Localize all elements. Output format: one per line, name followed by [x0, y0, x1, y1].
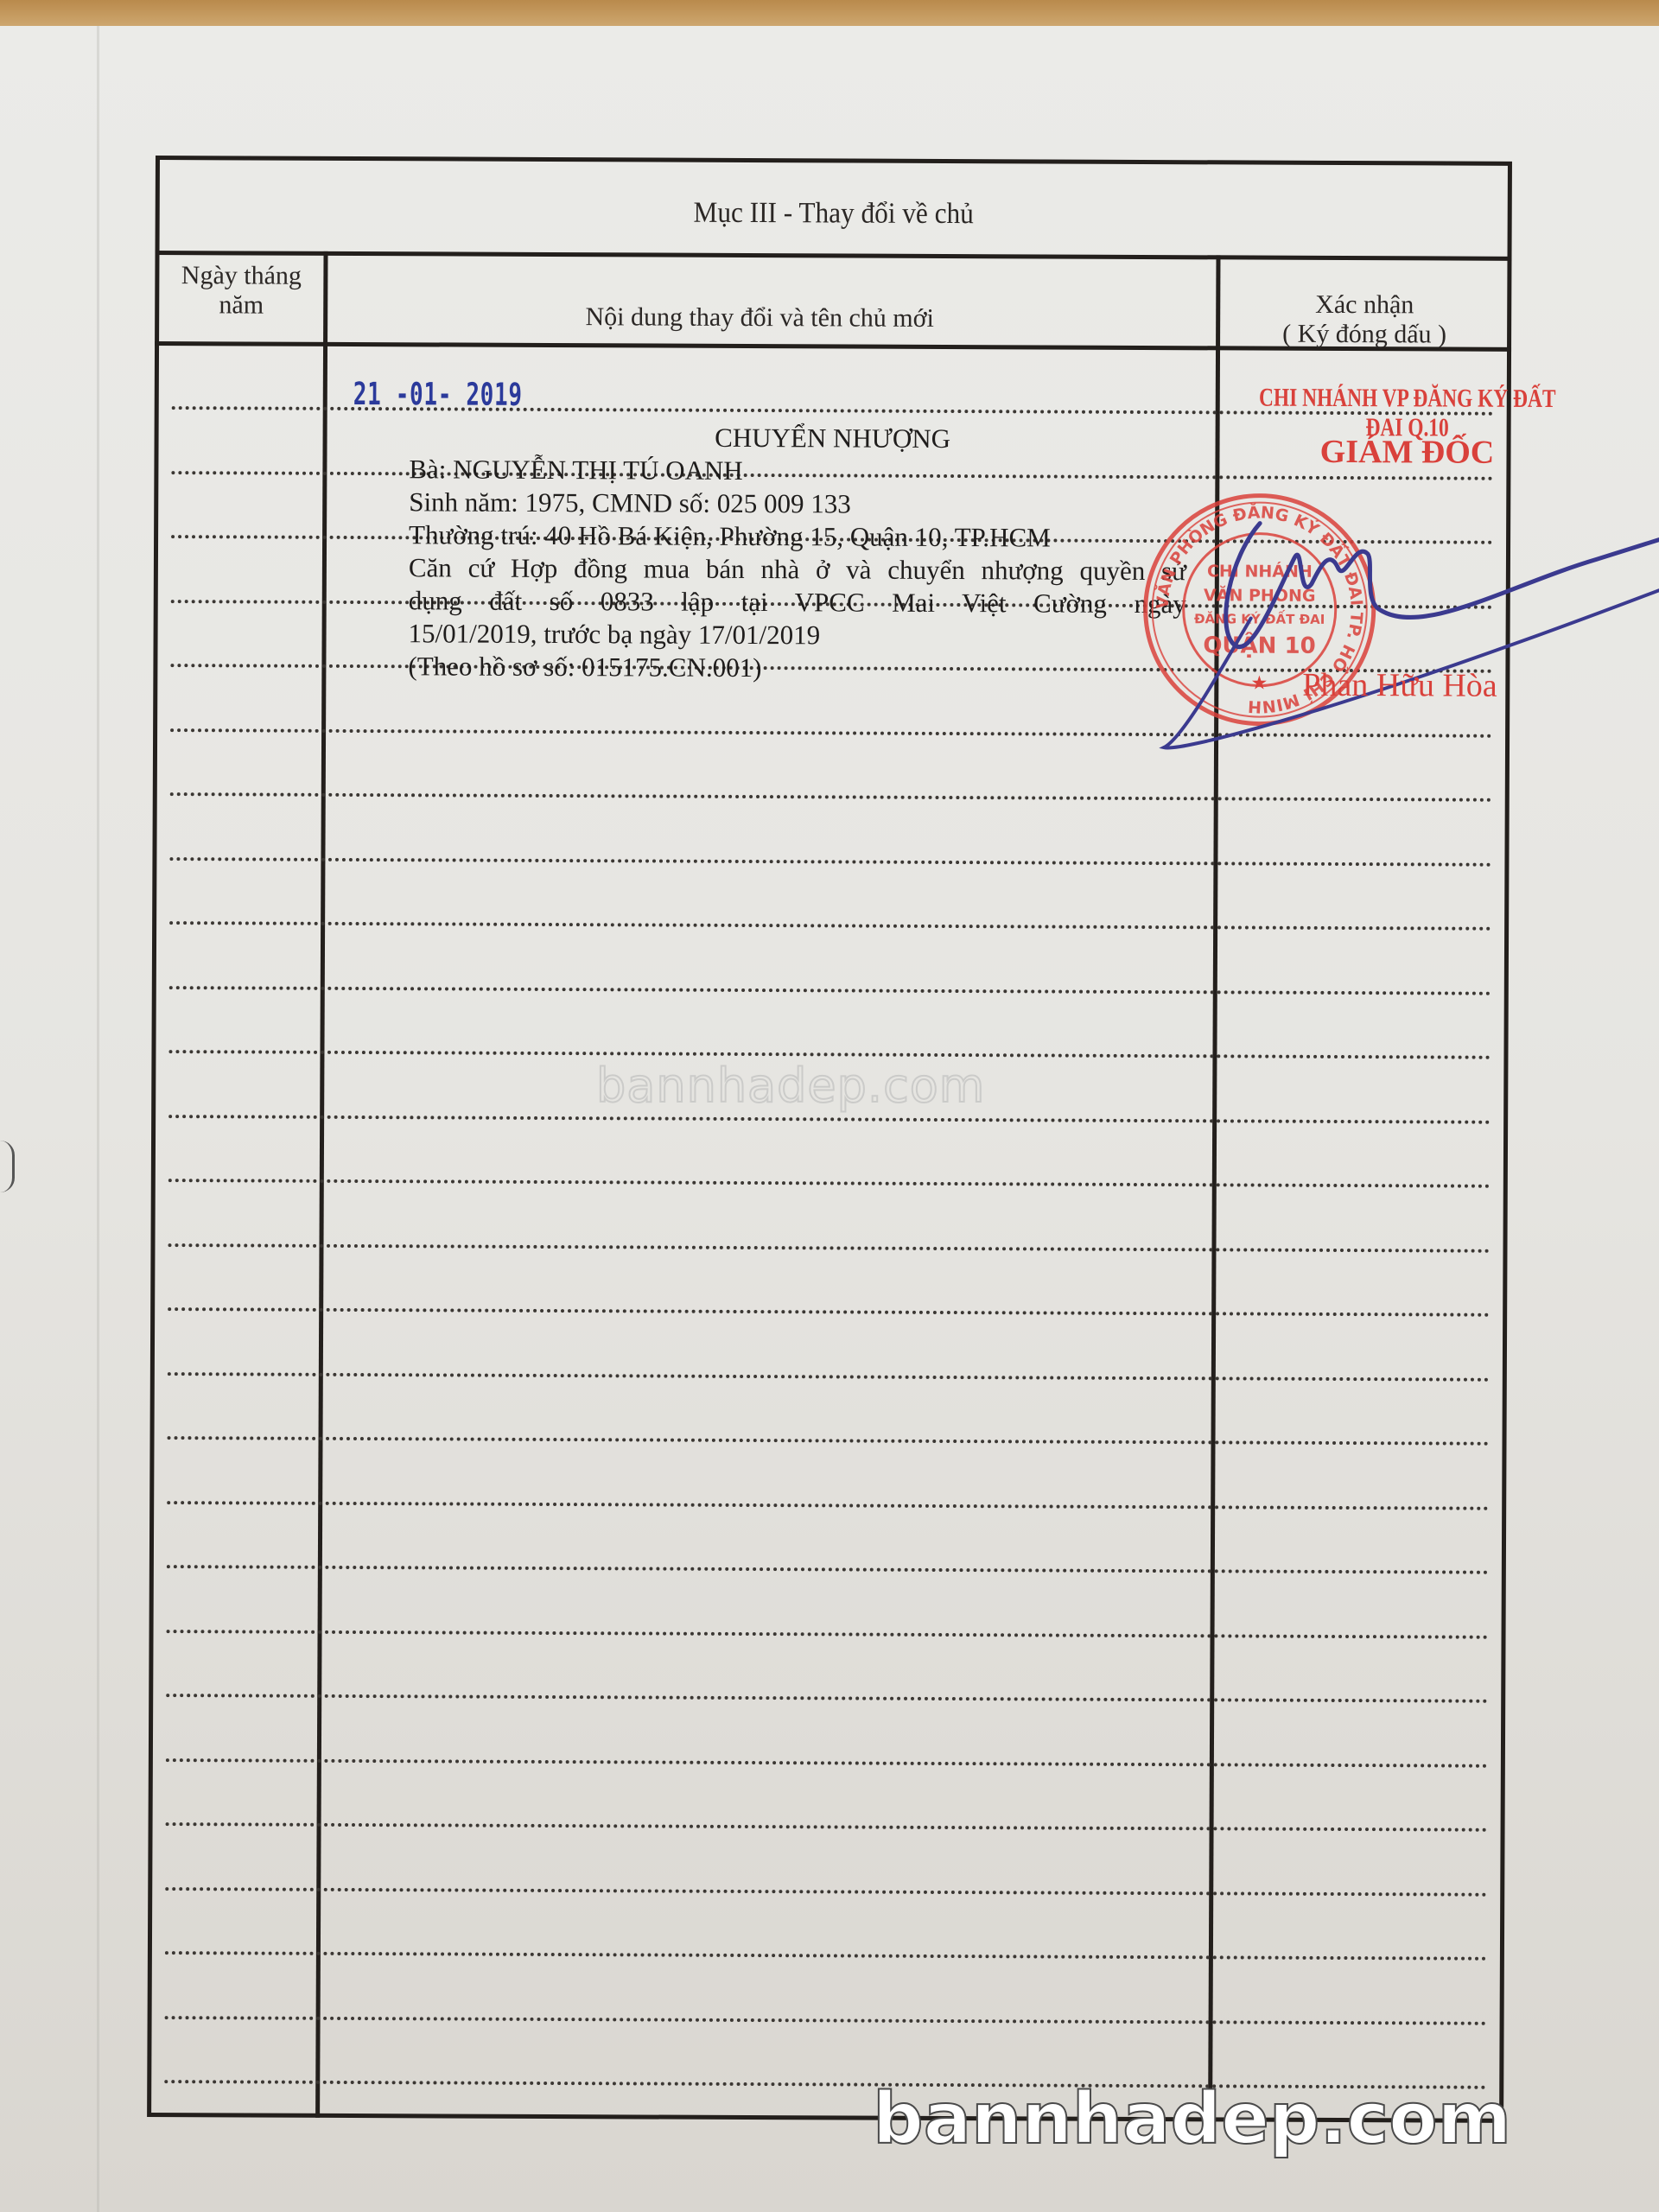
watermark-bottom: bannhadep.com: [873, 2078, 1511, 2160]
entry-owner: Bà: NGUYỄN THỊ TÚ OANH: [409, 453, 1186, 489]
confirm-role: GIÁM ĐỐC: [1277, 433, 1536, 472]
ownership-change-table: Mục III - Thay đổi về chủ Ngày tháng năm…: [147, 156, 1512, 2123]
column-header-confirm: Xác nhận ( Ký đóng dấu ): [1222, 289, 1507, 349]
entry-content: CHUYỂN NHƯỢNG Bà: NGUYỄN THỊ TÚ OANH Sin…: [408, 420, 1186, 686]
entry-basis-line2: dụng đất số 0833 lập tại VPCC Mai Việt C…: [409, 584, 1186, 620]
column-header-date: Ngày tháng năm: [159, 261, 323, 321]
entry-file-ref: (Theo hồ sơ số: 015175.CN.001): [408, 650, 1185, 686]
column-header-content: Nội dung thay đổi và tên chủ mới: [327, 302, 1192, 334]
entry-heading: CHUYỂN NHƯỢNG: [478, 421, 1186, 457]
date-stamp: 21 -01- 2019: [353, 377, 523, 413]
entry-birth-id: Sinh năm: 1975, CMND số: 025 009 133: [409, 486, 1186, 522]
entry-basis-line3: 15/01/2019, trước bạ ngày 17/01/2019: [409, 617, 1186, 653]
entry-residence: Thường trú: 40 Hồ Bá Kiện, Phường 15, Qu…: [409, 518, 1186, 555]
confirm-signer-name: Phan Hữu Hòa: [1302, 666, 1659, 706]
page-fold: [97, 26, 99, 2212]
signature-icon: [1147, 488, 1659, 776]
column-header-date-label: Ngày tháng năm: [181, 261, 302, 319]
entry-basis-line1: Căn cứ Hợp đồng mua bán nhà ở và chuyển …: [409, 551, 1186, 588]
watermark-center: bannhadep.com: [596, 1058, 985, 1113]
section-title: Mục III - Thay đổi về chủ: [209, 194, 1458, 232]
margin-mark: [0, 1141, 15, 1192]
